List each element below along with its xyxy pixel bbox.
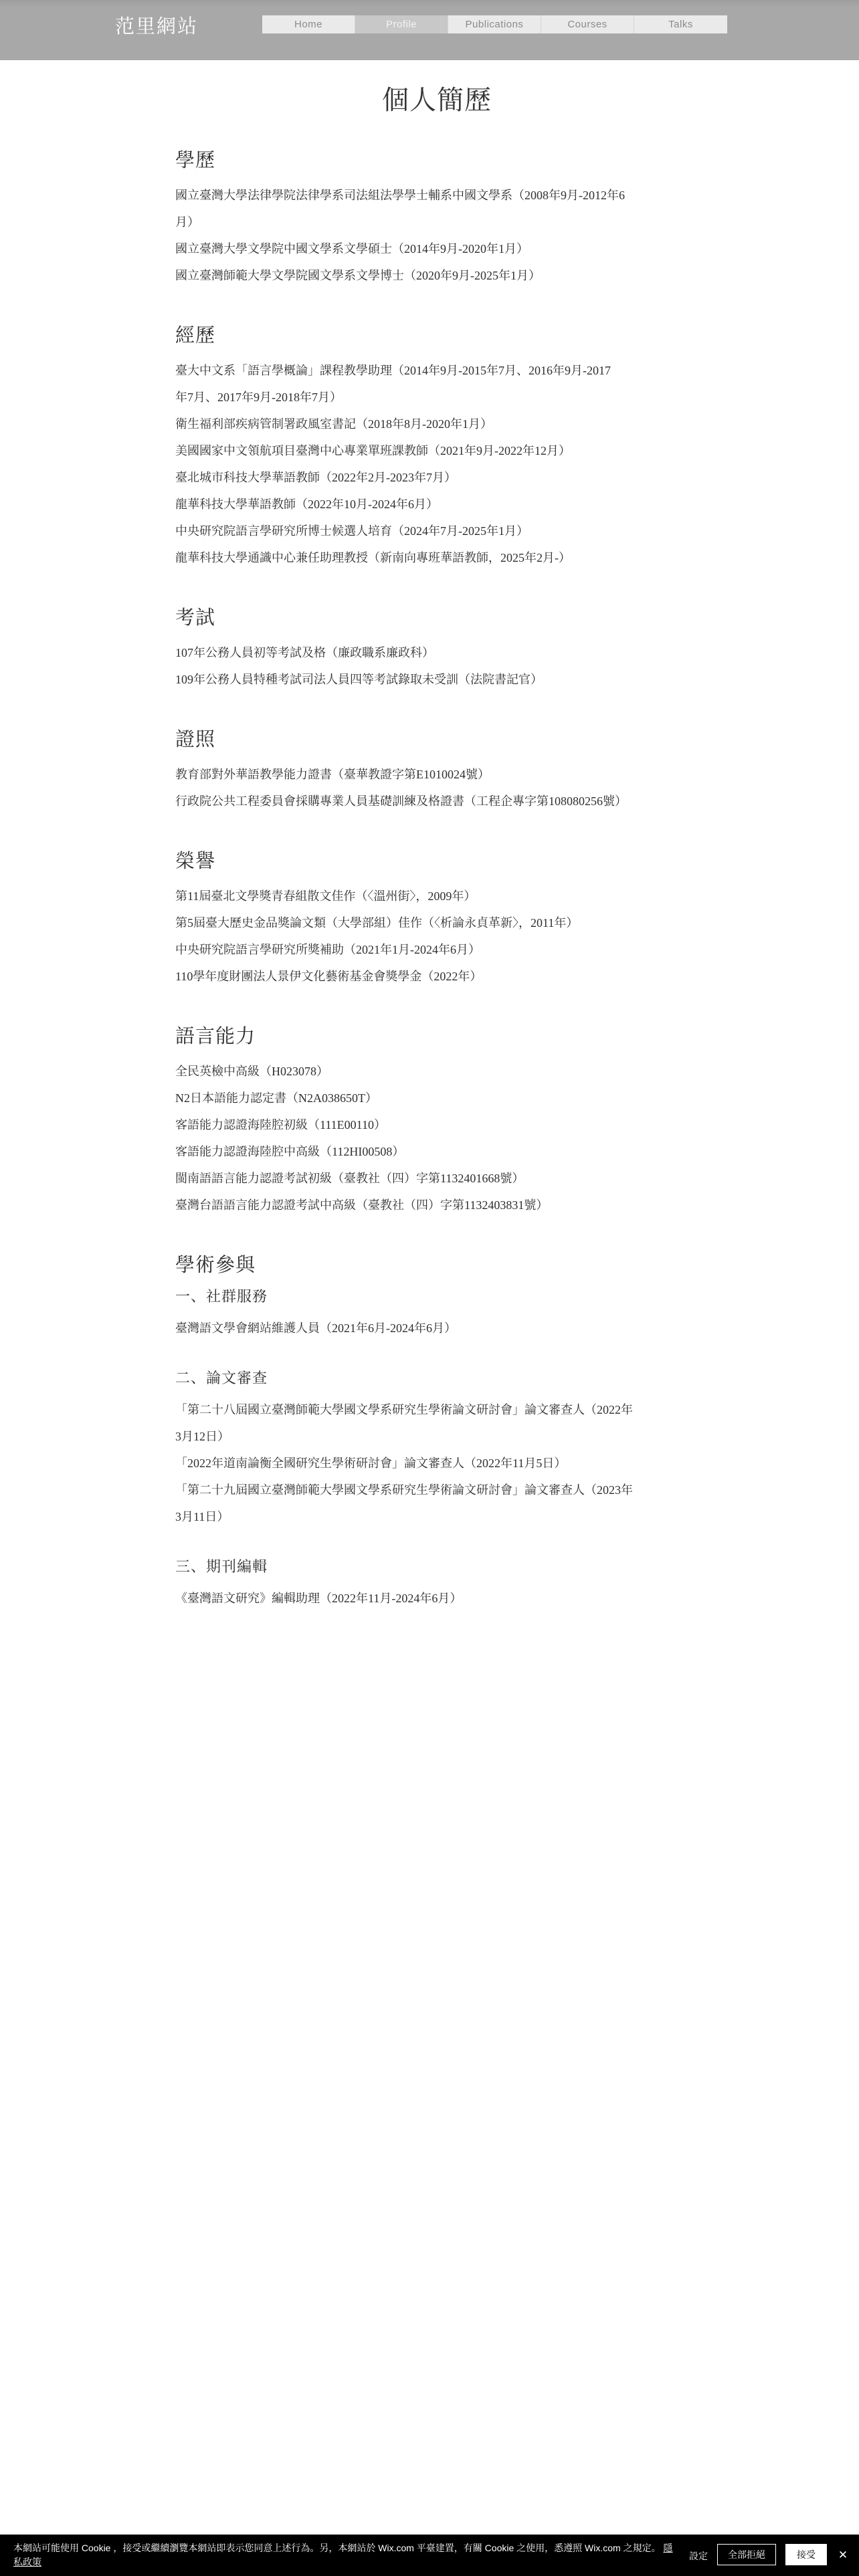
section-heading: 榮譽 <box>175 849 698 873</box>
cookie-accept-button[interactable]: 接受 <box>785 2544 827 2565</box>
resume-section: 學歷國立臺灣大學法律學院法律學系司法組法學學士輔系中國文學系（2008年9月-2… <box>175 148 698 289</box>
resume-section: 考試107年公務人員初等考試及格（廉政職系廉政科）109年公務人員特種考試司法人… <box>175 606 698 693</box>
resume-item: 110學年度財團法人景伊文化藝術基金會獎學金（2022年） <box>175 963 698 990</box>
resume-subsection: 二、論文審查「第二十八屆國立臺灣師範大學國文學系研究生學術論文研討會」論文審查人… <box>175 1368 698 1530</box>
section-heading: 學歷 <box>175 148 698 173</box>
resume-item: 臺灣語文學會網站維護人員（2021年6月-2024年6月） <box>175 1315 698 1341</box>
resume-section: 語言能力全民英檢中高級（H023078）N2日本語能力認定書（N2A038650… <box>175 1025 698 1218</box>
resume-item: 「第二十八屆國立臺灣師範大學國文學系研究生學術論文研討會」論文審查人（2022年… <box>175 1396 698 1450</box>
tab-profile[interactable]: Profile <box>355 15 448 33</box>
resume-item: 109年公務人員特種考試司法人員四等考試錄取未受訓（法院書記官） <box>175 666 698 693</box>
main-nav: HomeProfilePublicationsCoursesTalks <box>262 15 727 33</box>
resume-item: 臺灣台語語言能力認證考試中高級（臺教社（四）字第1132403831號） <box>175 1192 698 1218</box>
subsection-heading: 三、期刊編輯 <box>175 1557 698 1577</box>
resume-section: 經歷臺大中文系「語言學概論」課程教學助理（2014年9月-2015年7月、201… <box>175 324 698 571</box>
resume-item: 龍華科技大學通識中心兼任助理教授（新南向專班華語教師，2025年2月-） <box>175 544 698 571</box>
resume-item: 臺北城市科技大學華語教師（2022年2月-2023年7月） <box>175 464 698 491</box>
resume-item: 國立臺灣大學文學院中國文學系文學碩士（2014年9月-2020年1月） <box>175 235 698 262</box>
cookie-message: 本網站可能使用 Cookie ，接受或繼續瀏覽本網站即表示您同意上述行為。另，本… <box>13 2541 676 2569</box>
cookie-message-text: 本網站可能使用 Cookie ，接受或繼續瀏覽本網站即表示您同意上述行為。另，本… <box>13 2543 661 2553</box>
cookie-settings-button[interactable]: 設定 <box>685 2548 712 2564</box>
resume-section: 證照教育部對外華語教學能力證書（臺華教證字第E1010024號）行政院公共工程委… <box>175 728 698 815</box>
resume-item: 中央研究院語言學研究所獎補助（2021年1月-2024年6月） <box>175 936 698 963</box>
resume-item: 中央研究院語言學研究所博士候選人培育（2024年7月-2025年1月） <box>175 518 698 544</box>
section-heading: 經歷 <box>175 324 698 348</box>
resume-section: 榮譽第11屆臺北文學獎青春組散文佳作（〈溫州街〉，2009年）第5屆臺大歷史金品… <box>175 849 698 990</box>
resume-item: 閩南語語言能力認證考試初級（臺教社（四）字第1132401668號） <box>175 1165 698 1192</box>
resume-item: N2日本語能力認定書（N2A038650T） <box>175 1085 698 1111</box>
resume-item: 國立臺灣大學法律學院法律學系司法組法學學士輔系中國文學系（2008年9月-201… <box>175 182 698 235</box>
page-title: 個人簡歷 <box>175 84 698 116</box>
section-heading: 考試 <box>175 606 698 630</box>
resume-item: 國立臺灣師範大學文學院國文學系文學博士（2020年9月-2025年1月） <box>175 262 698 289</box>
resume-section: 學術參與一、社群服務臺灣語文學會網站維護人員（2021年6月-2024年6月）二… <box>175 1253 698 1612</box>
resume-subsection: 三、期刊編輯《臺灣語文研究》編輯助理（2022年11月-2024年6月） <box>175 1557 698 1612</box>
resume-item: 客語能力認證海陸腔中高級（112HI00508） <box>175 1138 698 1165</box>
tab-publications[interactable]: Publications <box>448 15 541 33</box>
resume-item: 第11屆臺北文學獎青春組散文佳作（〈溫州街〉，2009年） <box>175 883 698 909</box>
site-title: 范里網站 <box>115 16 198 37</box>
resume-item: 「2022年道南論衡全國研究生學術研討會」論文審查人（2022年11月5日） <box>175 1450 698 1477</box>
tab-talks[interactable]: Talks <box>634 15 727 33</box>
resume-item: 衛生福利部疾病管制署政風室書記（2018年8月-2020年1月） <box>175 411 698 437</box>
subsection-heading: 二、論文審查 <box>175 1368 698 1388</box>
resume-item: 全民英檢中高級（H023078） <box>175 1058 698 1085</box>
tab-home[interactable]: Home <box>262 15 355 33</box>
resume-page: 個人簡歷 學歷國立臺灣大學法律學院法律學系司法組法學學士輔系中國文學系（2008… <box>0 60 859 1612</box>
resume-item: 《臺灣語文研究》編輯助理（2022年11月-2024年6月） <box>175 1585 698 1612</box>
resume-subsection: 一、社群服務臺灣語文學會網站維護人員（2021年6月-2024年6月） <box>175 1287 698 1341</box>
resume-item: 「第二十九屆國立臺灣師範大學國文學系研究生學術論文研討會」論文審查人（2023年… <box>175 1477 698 1530</box>
section-heading: 證照 <box>175 728 698 752</box>
cookie-reject-all-button[interactable]: 全部拒絕 <box>717 2544 776 2565</box>
resume-item: 客語能力認證海陸腔初級（111E00110） <box>175 1111 698 1138</box>
resume-item: 107年公務人員初等考試及格（廉政職系廉政科） <box>175 639 698 666</box>
resume-item: 臺大中文系「語言學概論」課程教學助理（2014年9月-2015年7月、2016年… <box>175 357 698 411</box>
resume-item: 美國國家中文領航項目臺灣中心專業單班課教師（2021年9月-2022年12月） <box>175 437 698 464</box>
resume-item: 教育部對外華語教學能力證書（臺華教證字第E1010024號） <box>175 761 698 788</box>
cookie-banner: 本網站可能使用 Cookie ，接受或繼續瀏覽本網站即表示您同意上述行為。另，本… <box>0 2535 859 2576</box>
site-header: 范里網站 HomeProfilePublicationsCoursesTalks <box>0 0 859 60</box>
cookie-close-icon[interactable]: ✕ <box>835 2547 851 2563</box>
section-heading: 學術參與 <box>175 1253 698 1277</box>
resume-item: 第5屆臺大歷史金品獎論文類（大學部組）佳作（〈析論永貞革新〉，2011年） <box>175 909 698 936</box>
resume-item: 行政院公共工程委員會採購專業人員基礎訓練及格證書（工程企專字第108080256… <box>175 788 698 815</box>
resume-sections: 學歷國立臺灣大學法律學院法律學系司法組法學學士輔系中國文學系（2008年9月-2… <box>175 148 698 1612</box>
section-heading: 語言能力 <box>175 1025 698 1049</box>
tab-courses[interactable]: Courses <box>541 15 634 33</box>
resume-item: 龍華科技大學華語教師（2022年10月-2024年6月） <box>175 491 698 518</box>
subsection-heading: 一、社群服務 <box>175 1287 698 1307</box>
